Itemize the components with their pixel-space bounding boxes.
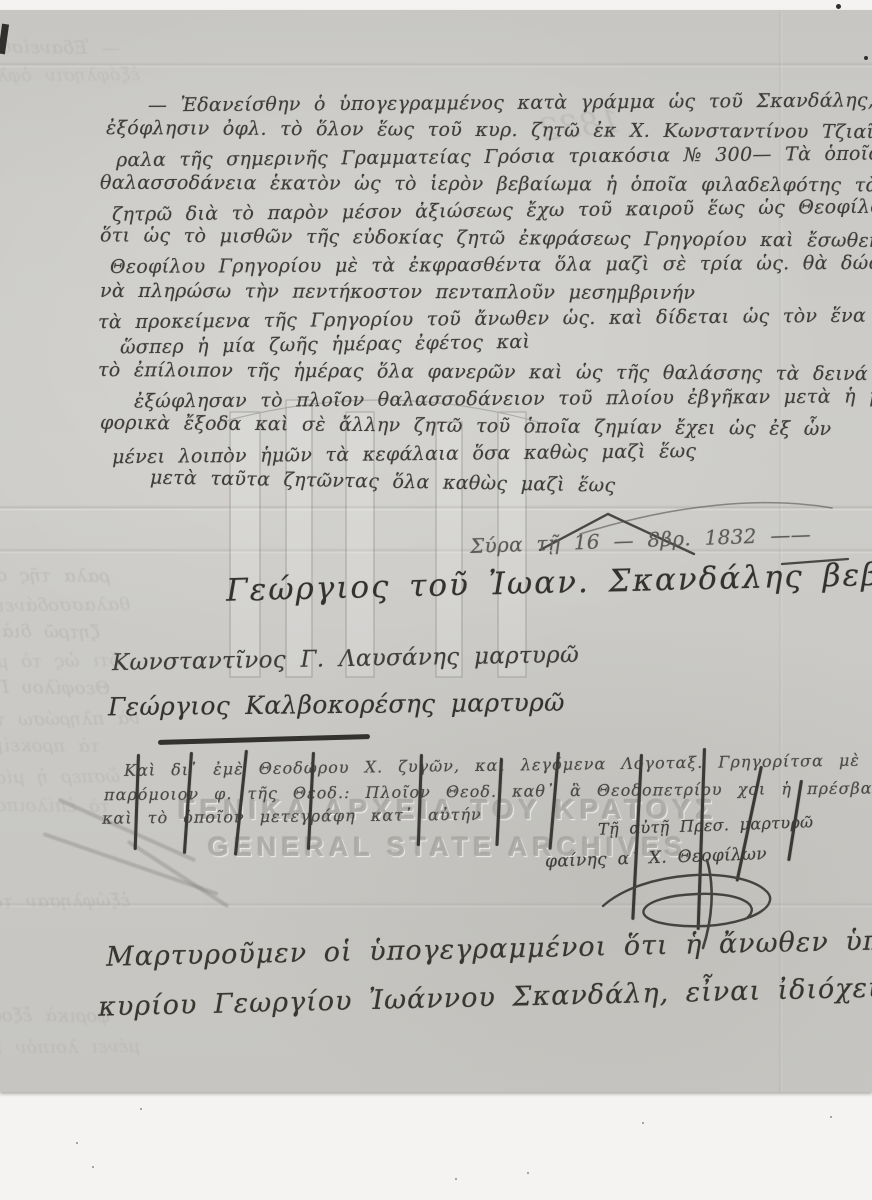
handwritten-line: τὸ ἐπίλοιπον τῆς ἡμέρας ὅλα φανερῶν καὶ … xyxy=(98,359,856,385)
bleedthrough-line: μένει λοιπὸν ἡμῶν τὰ κεφάλαια ὅσα καθὼς … xyxy=(0,1036,140,1063)
cancelled-line: Καὶ δι᾽ ἐμὲ Θεοδώρου Χ. ζυγῶν, καὶ λεγόμ… xyxy=(124,751,824,780)
paper-crease xyxy=(0,62,872,68)
handwritten-line: ἐξόφλησιν ὀφλ. τὸ ὅλον ἕως τοῦ κυρ. ζητῶ… xyxy=(106,117,852,143)
handwritten-line: Θεοφίλου Γρηγορίου μὲ τὰ ἐκφρασθέντα ὅλα… xyxy=(110,252,858,278)
bleedthrough-line: ὅτι ὡς τὸ μισθῶν τῆς εὐδοκίας ζητῶ ἐκφρά… xyxy=(0,650,120,679)
bleedthrough-line: Θεοφίλου Γρηγορίου μὲ τὰ ἐκφρασθέντα ὅλα… xyxy=(0,670,110,699)
handwritten-line: νὰ πληρώσω τὴν πεντήκοστον πενταπλοῦν με… xyxy=(100,280,720,304)
attestation-line: Μαρτυροῦμεν οἱ ὑπογεγραμμένοι ὅτι ἡ ἄνωθ… xyxy=(106,922,872,973)
handwritten-line: ἐξώφλησαν τὸ πλοῖον θαλασσοδάνειον τοῦ π… xyxy=(134,386,850,413)
witness-signature: Γεώργιος Καλβοκορέσης μαρτυρῶ xyxy=(108,688,565,722)
scan-speck xyxy=(92,1166,94,1168)
handwritten-line: ραλα τῆς σημερινῆς Γραμματείας Γρόσια τρ… xyxy=(116,143,856,171)
handwritten-line: θαλασσοδάνεια ἑκατὸν ὡς τὸ ἱερὸν βεβαίωμ… xyxy=(100,172,848,197)
handwritten-line: ζητρῶ διὰ τὸ παρὸν μέσον ἀξιώσεως ἔχω το… xyxy=(112,196,828,225)
bleedthrough-line: ζητρῶ διὰ τὸ παρὸν μέσον ἀξιώσεως ἔχω το… xyxy=(0,614,100,643)
handwritten-line: μένει λοιπὸν ἡμῶν τὰ κεφάλαια ὅσα καθὼς … xyxy=(112,440,732,468)
handwritten-line: φορικὰ ἔξοδα καὶ σὲ ἄλλην ζητῶ τοῦ ὁποῖα… xyxy=(100,412,856,441)
signature-underline xyxy=(158,734,370,745)
scan-speck xyxy=(864,56,868,60)
scan-edge-mark xyxy=(0,24,9,55)
scan-speck xyxy=(836,4,841,9)
bleedthrough-line: ἐξόφλησιν ὀφλ. τὸ ὅλον ἕως τοῦ κυρ. ζητῶ… xyxy=(0,64,140,93)
scan-speck xyxy=(527,1172,529,1174)
scan-speck xyxy=(642,1122,644,1124)
handwritten-line: τὰ προκείμενα τῆς Γρηγορίου τοῦ ἄνωθεν ὡ… xyxy=(98,305,854,334)
scan-speck xyxy=(455,1178,457,1180)
bleedthrough-line: ραλα τῆς σημερινῆς Γραμματείας Γρόσια τρ… xyxy=(0,558,110,587)
bleedthrough-line: — Ἐδανείσθην ὁ ὑπογεγραμμένος κατὰ γράμμ… xyxy=(0,30,120,59)
document-page: ΓΕΝΙΚΑ ΑΡΧΕΙΑ ΤΟΥ ΚΡΑΤΟΥΣ GENERAL STATE … xyxy=(0,10,872,1092)
scan-speck xyxy=(76,1142,78,1144)
cancelled-line: παρόμοιον φ. τῆς Θεοδ.: Πλοῖον Θεοδ. καθ… xyxy=(104,779,844,804)
bleedthrough-line: ὥσπερ ἡ μία ζωῆς ἡμέρας ἐφέτος καὶ xyxy=(0,766,120,791)
bleedthrough-line: φορικὰ ἔξοδα καὶ σὲ ἄλλην ζητῶ τοῦ ὁποῖα… xyxy=(0,999,110,1027)
attestation-line: κυρίου Γεωργίου Ἰωάννου Σκανδάλη, εἶναι … xyxy=(98,964,872,1022)
handwritten-line: ὅτι ὡς τὸ μισθῶν τῆς εὐδοκίας ζητῶ ἐκφρά… xyxy=(100,224,846,251)
scan-speck xyxy=(140,1108,142,1110)
cancelled-line: καὶ τὸ ὁποῖον μετεγράφη κατ᾽ αὐτήν xyxy=(102,805,432,827)
scanned-document: ΓΕΝΙΚΑ ΑΡΧΕΙΑ ΤΟΥ ΚΡΑΤΟΥΣ GENERAL STATE … xyxy=(0,0,872,1200)
bleedthrough-line: θαλασσοδάνεια ἑκατὸν ὡς τὸ ἱερὸν βεβαίωμ… xyxy=(0,594,130,623)
handwritten-line: — Ἐδανείσθην ὁ ὑπογεγραμμένος κατὰ γράμμ… xyxy=(148,90,838,117)
handwritten-line: ὥσπερ ἡ μία ζωῆς ἡμέρας ἐφέτος καὶ xyxy=(120,331,480,358)
bleedthrough-line: τὰ προκείμενα τῆς Γρηγορίου τοῦ ἄνωθεν ὡ… xyxy=(0,728,100,757)
scan-speck xyxy=(830,1116,832,1118)
